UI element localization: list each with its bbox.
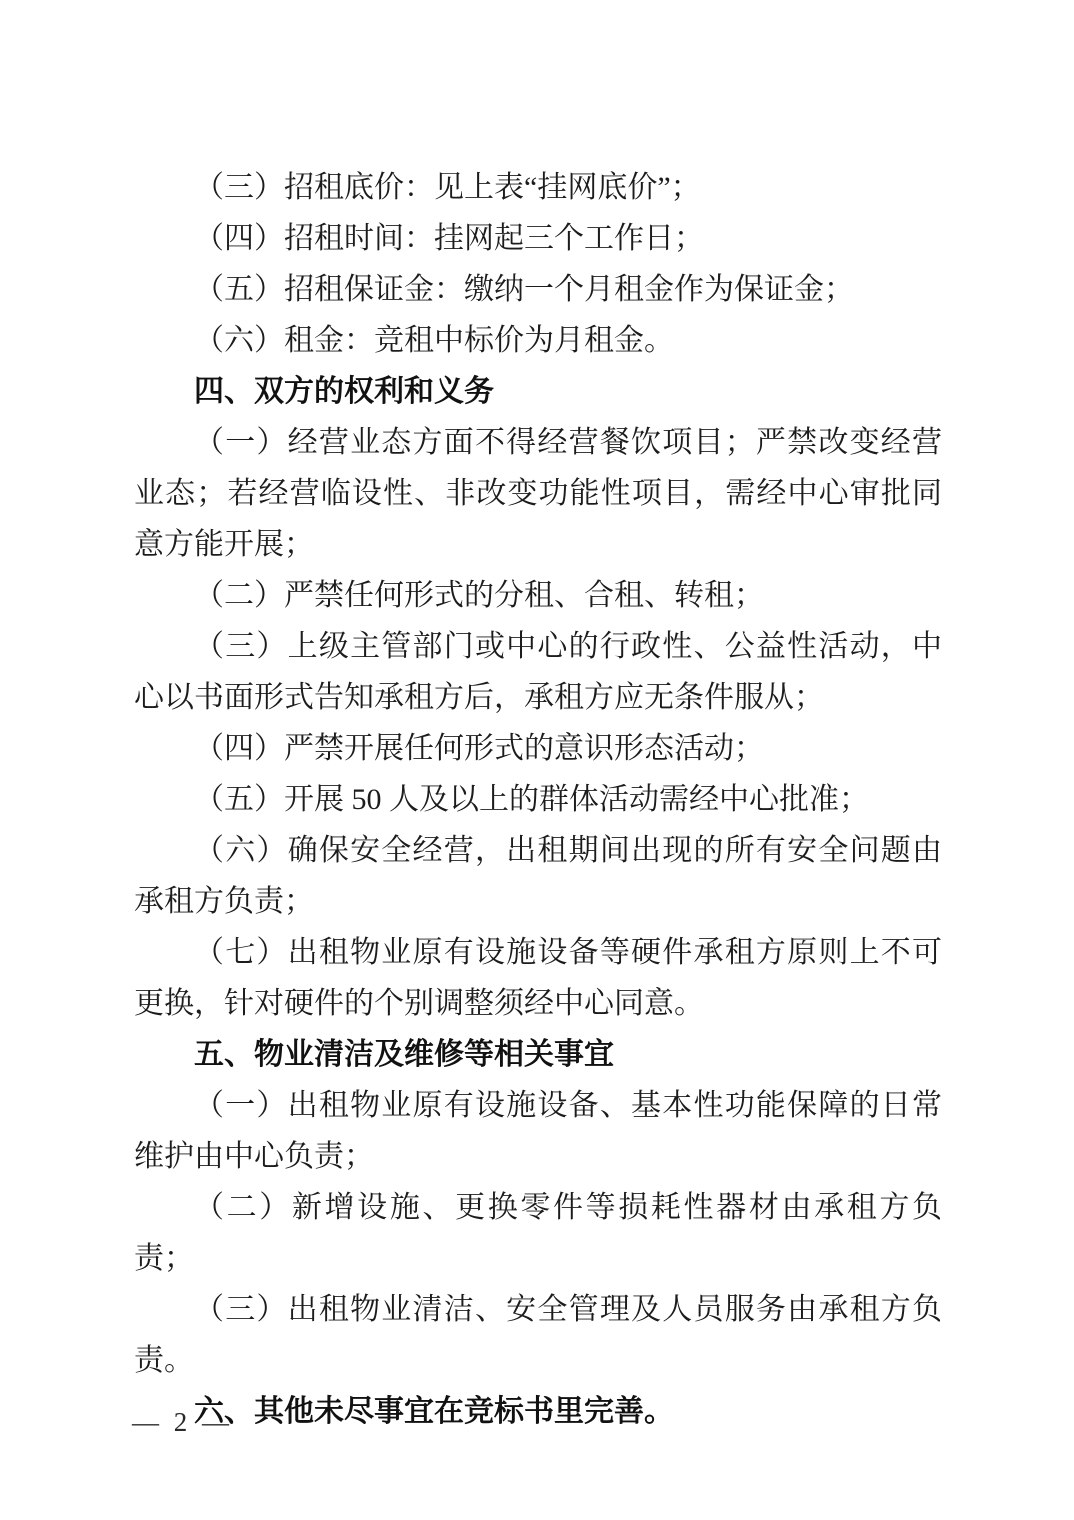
section-heading: 四、双方的权利和义务 <box>134 366 942 417</box>
body-paragraph: （五）开展 50 人及以上的群体活动需经中心批准； <box>134 774 942 825</box>
body-paragraph: （六）租金：竞租中标价为月租金。 <box>134 315 942 366</box>
body-paragraph: （三）上级主管部门或中心的行政性、公益性活动，中心以书面形式告知承租方后，承租方… <box>134 621 942 723</box>
document-content: （三）招租底价：见上表“挂网底价”； （四）招租时间：挂网起三个工作日； （五）… <box>134 162 942 1437</box>
page-footer: — 2 — <box>132 1406 233 1438</box>
body-paragraph: （一）出租物业原有设施设备、基本性功能保障的日常维护由中心负责； <box>134 1080 942 1182</box>
body-paragraph: （五）招租保证金：缴纳一个月租金作为保证金； <box>134 264 942 315</box>
body-paragraph: （六）确保安全经营，出租期间出现的所有安全问题由承租方负责； <box>134 825 942 927</box>
body-paragraph: （三）出租物业清洁、安全管理及人员服务由承租方负责。 <box>134 1284 942 1386</box>
page-number: — 2 — <box>132 1407 233 1437</box>
section-heading: 六、其他未尽事宜在竞标书里完善。 <box>134 1386 942 1437</box>
body-paragraph: （三）招租底价：见上表“挂网底价”； <box>134 162 942 213</box>
body-paragraph: （七）出租物业原有设施设备等硬件承租方原则上不可更换，针对硬件的个别调整须经中心… <box>134 927 942 1029</box>
document-page: （三）招租底价：见上表“挂网底价”； （四）招租时间：挂网起三个工作日； （五）… <box>0 0 1074 1520</box>
body-paragraph: （四）招租时间：挂网起三个工作日； <box>134 213 942 264</box>
body-paragraph: （一）经营业态方面不得经营餐饮项目；严禁改变经营业态；若经营临设性、非改变功能性… <box>134 417 942 570</box>
body-paragraph: （二）新增设施、更换零件等损耗性器材由承租方负责； <box>134 1182 942 1284</box>
body-paragraph: （四）严禁开展任何形式的意识形态活动； <box>134 723 942 774</box>
section-heading: 五、物业清洁及维修等相关事宜 <box>134 1029 942 1080</box>
body-paragraph: （二）严禁任何形式的分租、合租、转租； <box>134 570 942 621</box>
